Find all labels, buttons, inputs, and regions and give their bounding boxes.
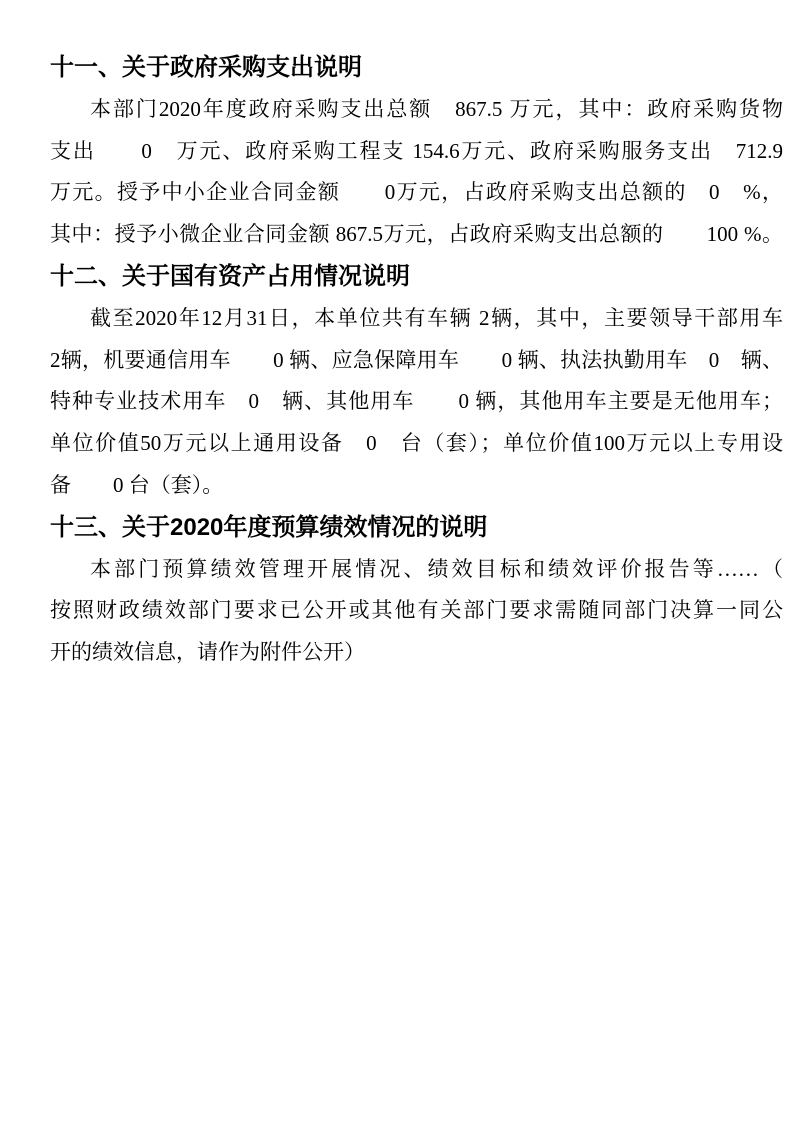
text-line: 单位价值50万元以上通用设备 0 台（套）；单位价值100万元以上专用设	[50, 423, 783, 465]
section-heading: 十一、关于政府采购支出说明	[50, 47, 783, 89]
text-line: 特种专业技术用车 0 辆、其他用车 0 辆，其他用车主要是无他用车；	[50, 381, 783, 423]
section-heading: 十三、关于2020年度预算绩效情况的说明	[50, 507, 783, 549]
text-line: 本部门预算绩效管理开展情况、绩效目标和绩效评价报告等……（	[50, 549, 783, 591]
text-line: 备 0 台（套）。	[50, 465, 783, 507]
section-state-owned-assets: 十二、关于国有资产占用情况说明 截至2020年12月31日，本单位共有车辆 2辆…	[50, 256, 783, 507]
text-line: 支出 0 万元、政府采购工程支 154.6万元、政府采购服务支出 712.9	[50, 131, 783, 173]
document-page: 十一、关于政府采购支出说明 本部门2020年度政府采购支出总额 867.5 万元…	[0, 0, 793, 1122]
section-government-procurement: 十一、关于政府采购支出说明 本部门2020年度政府采购支出总额 867.5 万元…	[50, 47, 783, 256]
section-budget-performance: 十三、关于2020年度预算绩效情况的说明 本部门预算绩效管理开展情况、绩效目标和…	[50, 507, 783, 674]
text-line: 按照财政绩效部门要求已公开或其他有关部门要求需随同部门决算一同公	[50, 590, 783, 632]
text-line: 本部门2020年度政府采购支出总额 867.5 万元，其中：政府采购货物	[50, 89, 783, 131]
text-line: 其中：授予小微企业合同金额 867.5万元，占政府采购支出总额的 100 %。	[50, 214, 783, 256]
text-line: 开的绩效信息，请作为附件公开）	[50, 632, 783, 674]
section-heading: 十二、关于国有资产占用情况说明	[50, 256, 783, 298]
text-line: 截至2020年12月31日，本单位共有车辆 2辆，其中，主要领导干部用车	[50, 298, 783, 340]
text-line: 2辆，机要通信用车 0 辆、应急保障用车 0 辆、执法执勤用车 0 辆、	[50, 340, 783, 382]
text-line: 万元。授予中小企业合同金额 0万元，占政府采购支出总额的 0 %，	[50, 172, 783, 214]
